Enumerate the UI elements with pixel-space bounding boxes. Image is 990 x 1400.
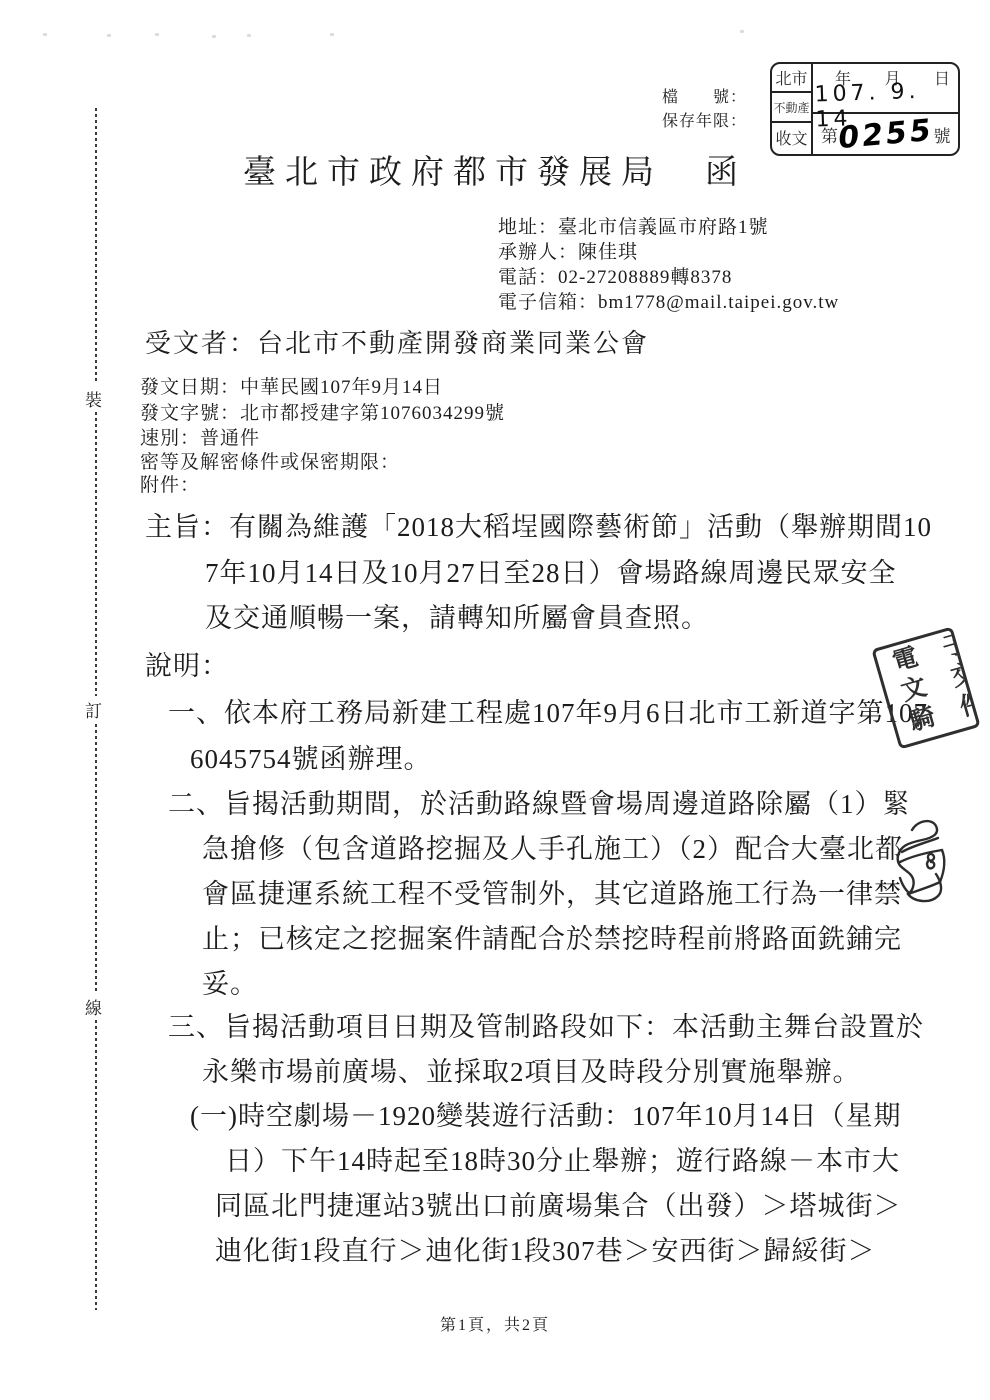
scan-speck — [155, 33, 159, 36]
binding-mark-zhuang: 裝 — [85, 386, 102, 411]
binding-mark-xian: 線 — [85, 994, 102, 1019]
explanation-line: 一、依本府工務局新建工程處107年9月6日北市工新道字第107 — [168, 691, 928, 730]
binding-mark-ding: 訂 — [85, 697, 102, 722]
scan-speck — [740, 30, 744, 33]
stamp-no-suffix: 號 — [934, 122, 951, 147]
stamp-date-row: 年 月 日 107. 9. 14 — [813, 64, 958, 114]
explanation-line: 迪化街1段直行＞迪化街1段307巷＞安西街＞歸綏街＞ — [215, 1229, 876, 1268]
scan-speck — [212, 35, 216, 38]
binding-dotted-line — [95, 412, 97, 696]
subject-line: 主旨：有關為維護「2018大稻埕國際藝術節」活動（舉辦期間10 — [145, 505, 932, 544]
retention-period-label: 保存年限： — [662, 108, 747, 131]
meta-attachment: 附件： — [140, 470, 200, 497]
meta-doc-number: 發文字號：北市都授建字第1076034299號 — [140, 398, 505, 425]
explanation-line: 同區北門捷運站3號出口前廣場集合（出發）＞塔城街＞ — [215, 1184, 902, 1223]
meta-issue-date: 發文日期：中華民國107年9月14日 — [140, 372, 443, 399]
scan-speck — [330, 33, 334, 36]
meta-speed: 速別：普通件 — [140, 423, 260, 450]
estamp-right-column: 子交件 — [931, 628, 980, 727]
page-title: 臺北市政府都市發展局 函 — [0, 146, 990, 193]
explanation-line: 日）下午14時起至18時30分止舉辦；遊行路線－本市大 — [225, 1139, 900, 1178]
receipt-stamp-right: 年 月 日 107. 9. 14 第 0255 號 — [813, 64, 958, 154]
receipt-stamp-org-column: 北市 不動產 收文 — [772, 64, 813, 154]
stamp-no-prefix: 第 — [821, 122, 838, 147]
scribble-mark — [888, 816, 954, 908]
explanation-line: 6045754號函辦理。 — [190, 737, 432, 776]
subject-line: 及交通順暢一案，請轉知所屬會員查照。 — [205, 596, 709, 635]
stamp-org-line1: 北市 — [772, 64, 811, 93]
file-number-label: 檔 號： — [662, 84, 747, 107]
subject-line: 7年10月14日及10月27日至28日）會場路線周邊民眾安全 — [205, 551, 897, 590]
sender-phone: 電話：02-27208889轉8378 — [498, 262, 732, 289]
binding-dotted-line — [95, 724, 97, 994]
recipient-line: 受文者：台北市不動產開發商業同業公會 — [145, 323, 649, 360]
sender-email: 電子信箱：bm1778@mail.taipei.gov.tw — [498, 287, 839, 314]
page-footer: 第1頁，共2頁 — [0, 1312, 990, 1335]
scan-speck — [247, 34, 251, 37]
stamp-org-line2: 不動產 — [772, 93, 811, 123]
explanation-line: 二、旨揭活動期間，於活動路線暨會場周邊道路除屬（1）緊 — [168, 782, 911, 821]
explanation-line: 會區捷運系統工程不受管制外，其它道路施工行為一律禁 — [202, 872, 902, 911]
receipt-stamp: 北市 不動產 收文 年 月 日 107. 9. 14 第 0255 號 — [770, 62, 960, 156]
explanation-line: 妥。 — [202, 962, 258, 1001]
explanation-label: 說明： — [145, 644, 229, 683]
sender-address: 地址：臺北市信義區市府路1號 — [498, 212, 769, 239]
scan-speck — [107, 34, 111, 37]
explanation-line: 三、旨揭活動項目日期及管制路段如下：本活動主舞台設置於 — [168, 1005, 924, 1044]
explanation-line: (一)時空劇場－1920變裝遊行活動：107年10月14日（星期 — [190, 1094, 901, 1133]
electronic-exchange-stamp: 子交件 電文騎 — [871, 626, 980, 749]
scanned-official-letter: 裝 訂 線 檔 號： 保存年限： 北市 不動產 收文 年 月 日 107. 9.… — [0, 0, 990, 1400]
explanation-line: 止；已核定之挖掘案件請配合於禁挖時程前將路面銑鋪完 — [202, 917, 902, 956]
sender-contact: 承辦人：陳佳琪 — [498, 237, 638, 264]
explanation-line: 急搶修（包含道路挖掘及人手孔施工）（2）配合大臺北都 — [202, 827, 903, 866]
scan-speck — [43, 33, 47, 36]
explanation-line: 永樂市場前廣場、並採取2項目及時段分別實施舉辦。 — [202, 1050, 861, 1089]
binding-dotted-line — [95, 1020, 97, 1310]
